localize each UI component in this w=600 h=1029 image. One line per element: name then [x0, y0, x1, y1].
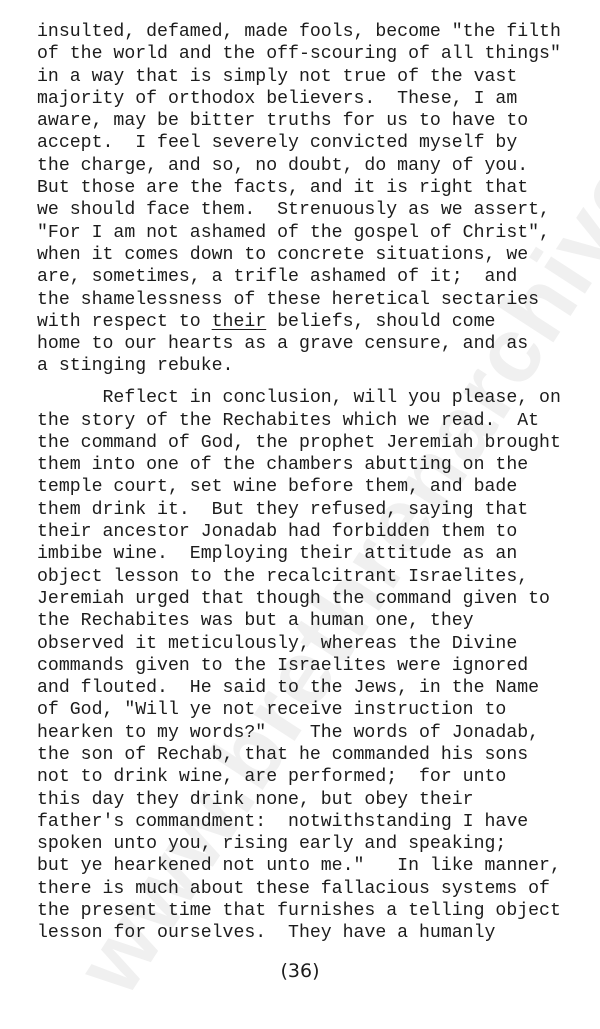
paragraph: insulted, defamed, made fools, become "t…	[37, 21, 597, 378]
text-line: the command of God, the prophet Jeremiah…	[37, 432, 597, 454]
text-line: but ye hearkened not unto me." In like m…	[37, 855, 597, 877]
text-line: them drink it. But they refused, saying …	[37, 499, 597, 521]
text-line: this day they drink none, but obey their	[37, 789, 597, 811]
text-line: Jeremiah urged that though the command g…	[37, 588, 597, 610]
text-line: a stinging rebuke.	[37, 355, 597, 377]
text-line: we should face them. Strenuously as we a…	[37, 199, 597, 221]
text-line: there is much about these fallacious sys…	[37, 878, 597, 900]
text-line: accept. I feel severely convicted myself…	[37, 132, 597, 154]
text-line: of the world and the off-scouring of all…	[37, 43, 597, 65]
text-line: commands given to the Israelites were ig…	[37, 655, 597, 677]
page-number: (36)	[0, 960, 600, 982]
document-page: www.brethrenarchive.org insulted, defame…	[0, 0, 600, 1029]
text-line: insulted, defamed, made fools, become "t…	[37, 21, 597, 43]
paragraph-gap	[37, 378, 597, 388]
paragraph: Reflect in conclusion, will you please, …	[37, 387, 597, 944]
text-line: when it comes down to concrete situation…	[37, 244, 597, 266]
text-line: Reflect in conclusion, will you please, …	[37, 387, 597, 409]
text-line: the story of the Rechabites which we rea…	[37, 410, 597, 432]
text-line: the son of Rechab, that he commanded his…	[37, 744, 597, 766]
text-line: and flouted. He said to the Jews, in the…	[37, 677, 597, 699]
text-line: not to drink wine, are performed; for un…	[37, 766, 597, 788]
text-line: hearken to my words?" The words of Jonad…	[37, 722, 597, 744]
text-line: observed it meticulously, whereas the Di…	[37, 633, 597, 655]
text-line: lesson for ourselves. They have a humanl…	[37, 922, 597, 944]
body-text: insulted, defamed, made fools, become "t…	[37, 21, 597, 945]
underlined-word: their	[212, 312, 267, 332]
text-line: aware, may be bitter truths for us to ha…	[37, 110, 597, 132]
text-line: spoken unto you, rising early and speaki…	[37, 833, 597, 855]
text-line: But those are the facts, and it is right…	[37, 177, 597, 199]
text-line: are, sometimes, a trifle ashamed of it; …	[37, 266, 597, 288]
text-line: their ancestor Jonadab had forbidden the…	[37, 521, 597, 543]
text-line: temple court, set wine before them, and …	[37, 476, 597, 498]
text-line: with respect to their beliefs, should co…	[37, 311, 597, 333]
text-line: majority of orthodox believers. These, I…	[37, 88, 597, 110]
text-line: home to our hearts as a grave censure, a…	[37, 333, 597, 355]
text-line: object lesson to the recalcitrant Israel…	[37, 566, 597, 588]
text-line: the Rechabites was but a human one, they	[37, 610, 597, 632]
text-line: of God, "Will ye not receive instruction…	[37, 699, 597, 721]
text-line: the charge, and so, no doubt, do many of…	[37, 155, 597, 177]
text-line: the present time that furnishes a tellin…	[37, 900, 597, 922]
text-line: father's commandment: notwithstanding I …	[37, 811, 597, 833]
text-line: them into one of the chambers abutting o…	[37, 454, 597, 476]
text-line: in a way that is simply not true of the …	[37, 66, 597, 88]
text-line: "For I am not ashamed of the gospel of C…	[37, 222, 597, 244]
text-line: imbibe wine. Employing their attitude as…	[37, 543, 597, 565]
text-line: the shamelessness of these heretical sec…	[37, 289, 597, 311]
